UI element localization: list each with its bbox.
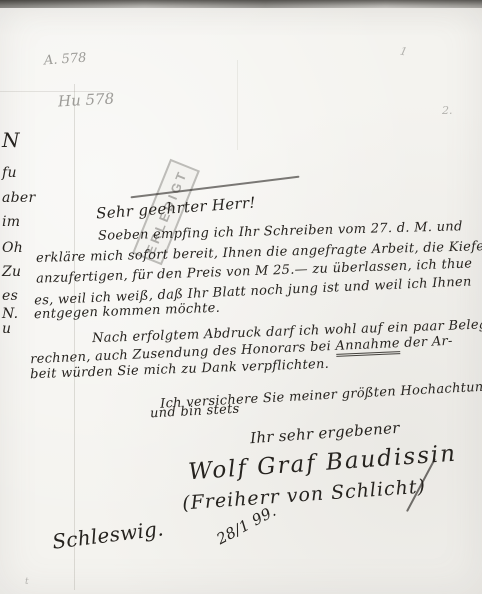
margin-fragment: u	[2, 321, 11, 337]
salutation-flourish-stroke	[131, 176, 300, 199]
margin-fragment: N	[2, 128, 20, 152]
closing-line: Ihr sehr ergebener	[250, 419, 401, 447]
corner-speck-mark: t	[25, 577, 29, 587]
vertical-fold-line	[74, 84, 75, 590]
scanner-edge-shadow	[0, 0, 482, 8]
letter-scan-page: A. 578 Hu 578 1 2. t N fu aber im Oh Zu …	[0, 0, 482, 594]
pencil-catalog-mark-hu: Hu 578	[58, 90, 115, 111]
closing-line: und bin stets	[150, 402, 240, 422]
pencil-page-number-2: 2.	[442, 104, 453, 117]
margin-fragment: N.	[2, 306, 18, 322]
margin-fragment: aber	[2, 190, 36, 206]
body-line-part: der Ar-	[400, 334, 453, 351]
margin-fragment: fu	[2, 165, 17, 181]
pencil-page-number-1: 1	[399, 44, 409, 58]
margin-fragment: es	[2, 288, 18, 304]
dateline-place: Schleswig.	[51, 516, 165, 553]
underlined-word: Annahme	[335, 336, 400, 357]
margin-fragment: Oh	[2, 240, 23, 256]
margin-fragment: Zu	[2, 264, 21, 280]
margin-fragment: im	[2, 214, 20, 230]
pencil-catalog-mark-a: A. 578	[44, 51, 87, 69]
vertical-crease-line	[237, 60, 238, 150]
